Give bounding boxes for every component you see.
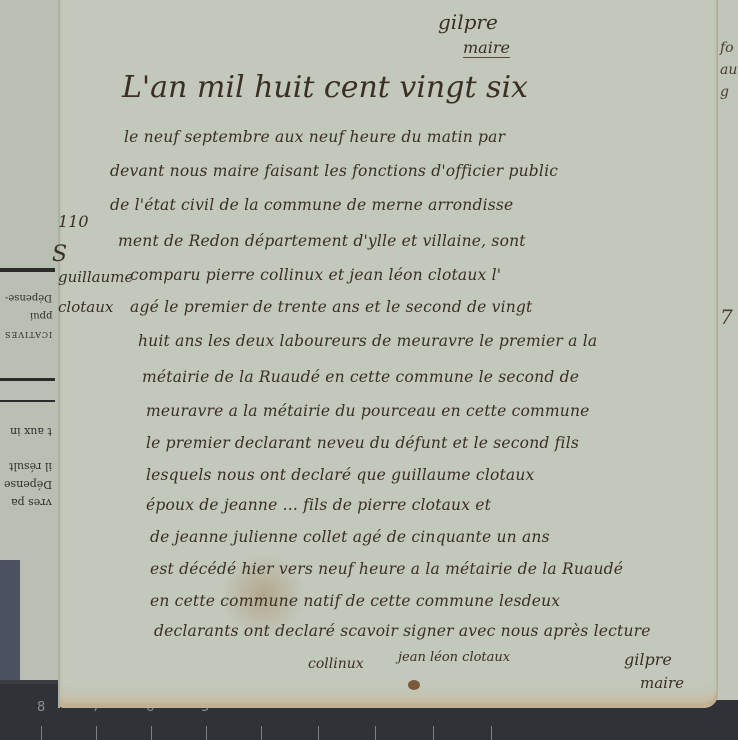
- record-line: declarants ont declaré scavoir signer av…: [154, 622, 651, 640]
- page-fragment: g: [720, 84, 729, 100]
- page-fragment: fo: [720, 40, 734, 56]
- record-line: de l'état civil de la commune de merne a…: [110, 196, 513, 214]
- background-gap: [0, 560, 20, 680]
- witness-signature: jean léon clotaux: [398, 650, 510, 665]
- record-date-heading: L'an mil huit cent vingt six: [122, 70, 528, 105]
- record-line: lesquels nous ont declaré que guillaume …: [146, 466, 535, 484]
- record-line: comparu pierre collinux et jean léon clo…: [130, 266, 501, 284]
- printed-text: vres pa: [11, 496, 52, 509]
- record-line: meuravre a la métairie du pourceau en ce…: [146, 402, 590, 420]
- margin-surname: clotaux: [58, 298, 113, 316]
- printed-text: il résult: [9, 460, 52, 473]
- header-signature-title: maire: [463, 38, 510, 58]
- record-line: le premier declarant neveu du défunt et …: [146, 434, 579, 452]
- page-fragment: 7: [720, 305, 733, 329]
- record-line: en cette commune natif de cette commune …: [150, 592, 560, 610]
- printed-rule: [0, 400, 55, 402]
- record-line: agé le premier de trente ans et le secon…: [130, 298, 532, 316]
- record-number: 110: [58, 212, 89, 231]
- margin-name: guillaume: [58, 268, 133, 286]
- printed-text: ppui: [30, 310, 52, 321]
- document-page: gilpre maire L'an mil huit cent vingt si…: [58, 0, 718, 708]
- ink-spot: [408, 680, 420, 690]
- record-line: devant nous maire faisant les fonctions …: [110, 162, 558, 180]
- header-signature-name: gilpre: [438, 10, 498, 34]
- page-fold: [58, 0, 60, 708]
- mayor-signature-name: gilpre: [624, 650, 672, 669]
- printed-text: Dépense: [4, 478, 52, 491]
- page-fragment: au: [720, 62, 737, 78]
- record-line: métairie de la Ruaudé en cette commune l…: [142, 368, 579, 386]
- printed-text: ICATIVES: [4, 330, 52, 339]
- record-line: huit ans les deux laboureurs de meuravre…: [138, 332, 597, 350]
- mayor-signature-title: maire: [640, 674, 684, 692]
- printed-text: t aux in: [10, 425, 52, 438]
- printed-rule: [0, 378, 55, 381]
- ruler-label: 8: [37, 700, 45, 715]
- record-line: est décédé hier vers neuf heure a la mét…: [150, 560, 623, 578]
- record-line: ment de Redon département d'ylle et vill…: [118, 232, 526, 250]
- margin-mark: S: [52, 242, 67, 267]
- printed-text: Dépense-: [5, 292, 52, 303]
- left-page-strip: Dépense- ppui ICATIVES t aux in il résul…: [0, 0, 60, 680]
- printed-rule: [0, 268, 55, 272]
- record-line: de jeanne julienne collet agé de cinquan…: [150, 528, 550, 546]
- record-line: le neuf septembre aux neuf heure du mati…: [124, 128, 505, 146]
- record-line: époux de jeanne ... fils de pierre clota…: [146, 496, 491, 514]
- witness-signature: collinux: [308, 656, 364, 672]
